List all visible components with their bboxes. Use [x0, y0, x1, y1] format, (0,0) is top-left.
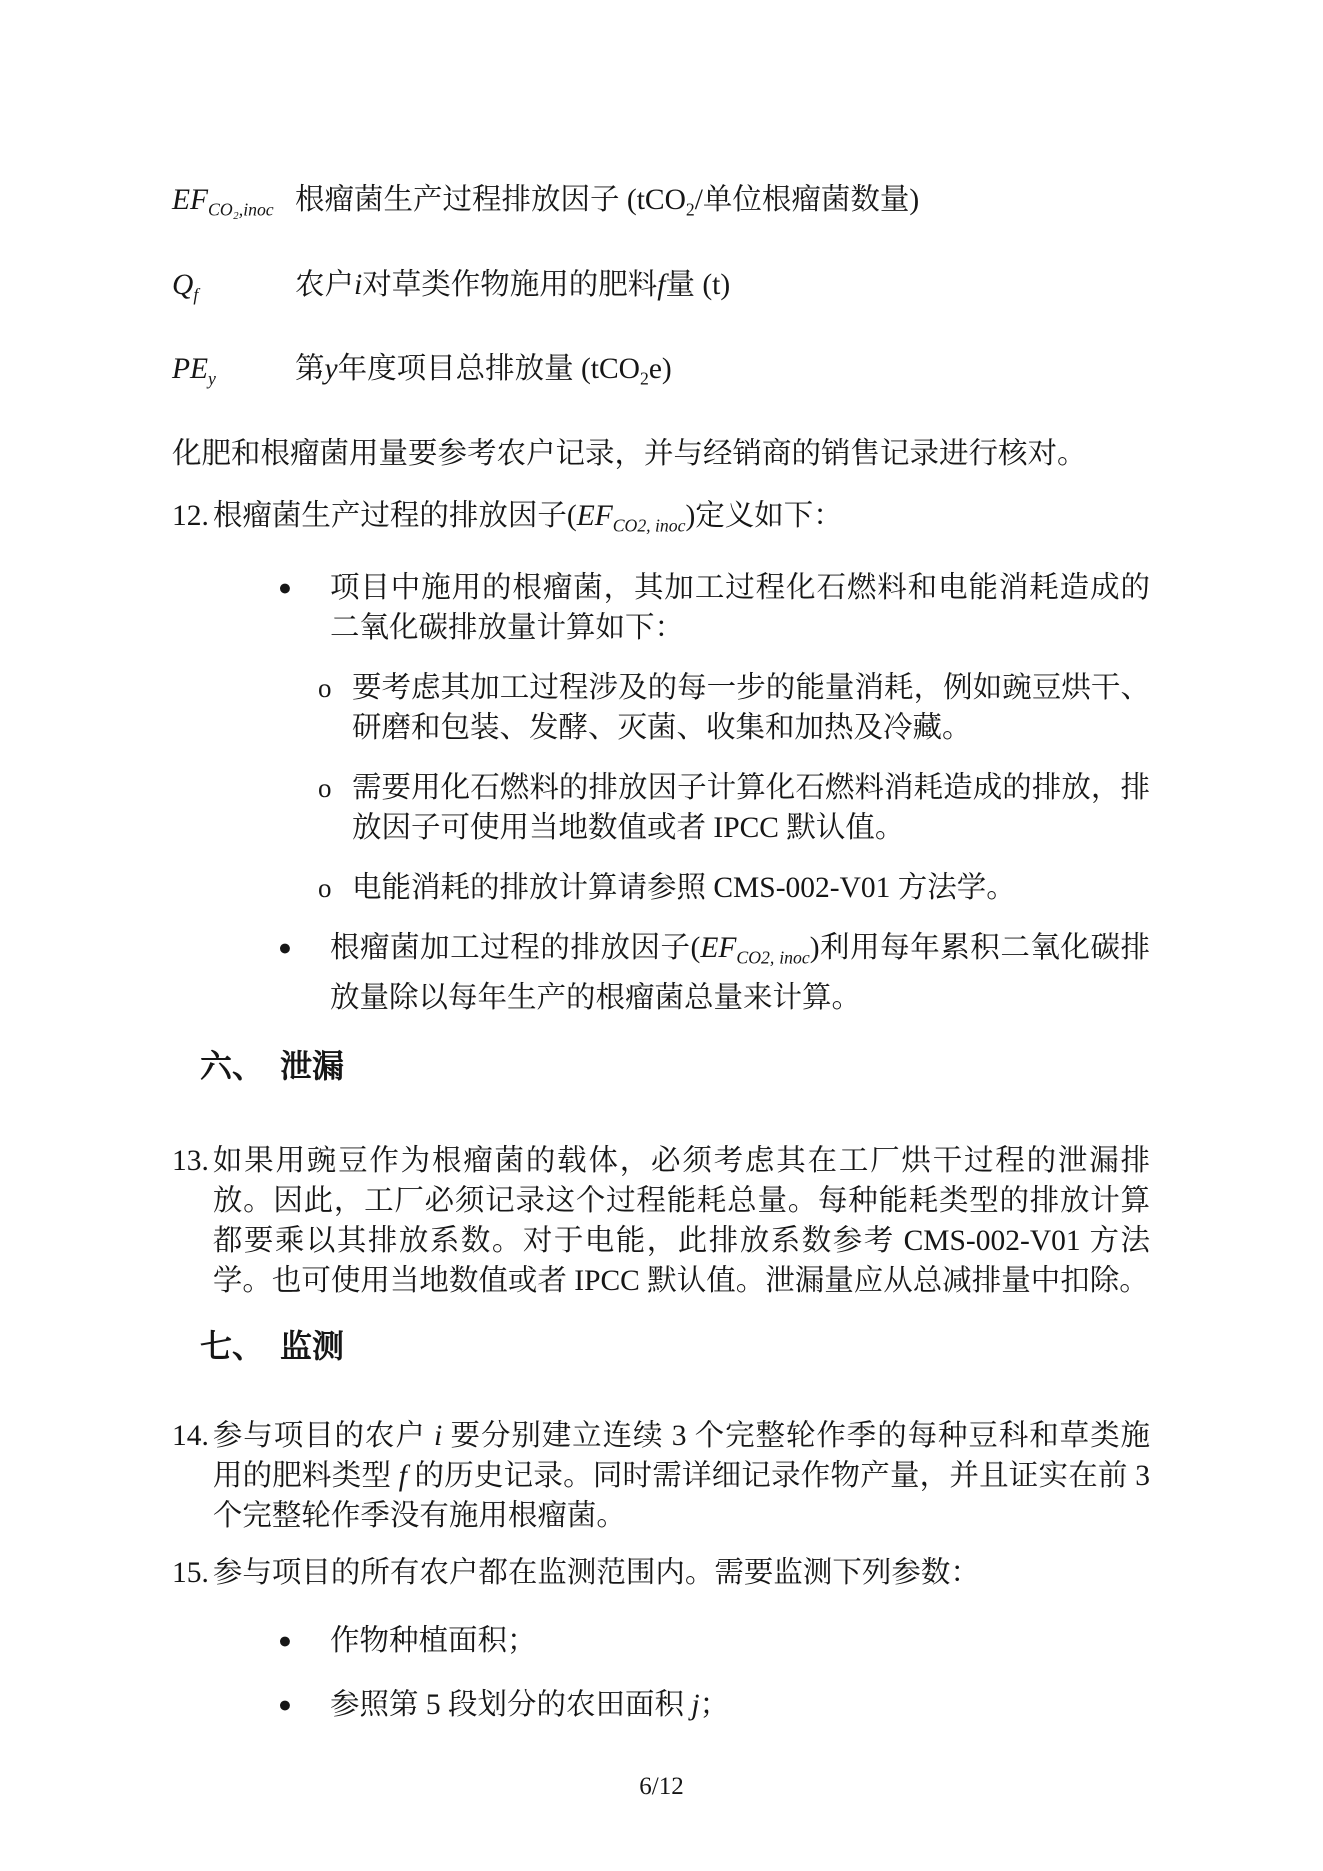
definition-term: Qf — [172, 265, 295, 315]
item-number: 12. — [172, 496, 213, 546]
bullet-text: 项目中施用的根瘤菌，其加工过程化石燃料和电能消耗造成的二氧化碳排放量计算如下： — [330, 568, 1150, 648]
page-number: 6/12 — [0, 1772, 1323, 1802]
bullet-circle-icon: o — [318, 668, 352, 748]
numbered-item-12: 12. 根瘤菌生产过程的排放因子(EFCO2, inoc)定义如下： — [172, 496, 1150, 546]
definition-row-qf: Qf 农户i对草类作物施用的肥料f量 (t) — [172, 265, 1150, 315]
bullet-item: ● 根瘤菌加工过程的排放因子(EFCO2, inoc)利用每年累积二氧化碳排放量… — [172, 928, 1150, 1018]
sub-bullet-item: o 电能消耗的排放计算请参照 CMS-002-V01 方法学。 — [172, 868, 1150, 908]
item-number: 15. — [172, 1553, 213, 1593]
bullet-text: 根瘤菌加工过程的排放因子(EFCO2, inoc)利用每年累积二氧化碳排放量除以… — [330, 928, 1150, 1018]
bullet-disc-icon: ● — [278, 928, 330, 1018]
numbered-item-13: 13. 如果用豌豆作为根瘤菌的载体，必须考虑其在工厂烘干过程的泄漏排放。因此，工… — [172, 1141, 1150, 1301]
document-page: EFCO₂,inoc 根瘤菌生产过程排放因子 (tCO2/单位根瘤菌数量) Qf… — [0, 0, 1323, 1871]
definition-desc: 第y年度项目总排放量 (tCO2e) — [295, 349, 1150, 399]
sub-bullet-text: 要考虑其加工过程涉及的每一步的能量消耗，例如豌豆烘干、研磨和包装、发酵、灭菌、收… — [352, 668, 1150, 748]
bullet-item: ● 作物种植面积； — [172, 1621, 1150, 1661]
definitions-list: EFCO₂,inoc 根瘤菌生产过程排放因子 (tCO2/单位根瘤菌数量) Qf… — [172, 180, 1150, 399]
section-title: 泄漏 — [280, 1048, 344, 1084]
numbered-item-14: 14. 参与项目的农户 i 要分别建立连续 3 个完整轮作季的每种豆科和草类施用… — [172, 1416, 1150, 1536]
bullet-text: 作物种植面积； — [330, 1621, 1150, 1661]
intro-paragraph: 化肥和根瘤菌用量要参考农户记录，并与经销商的销售记录进行核对。 — [172, 434, 1150, 474]
numbered-item-15: 15. 参与项目的所有农户都在监测范围内。需要监测下列参数： — [172, 1553, 1150, 1593]
definition-row-pey: PEy 第y年度项目总排放量 (tCO2e) — [172, 349, 1150, 399]
definition-term: PEy — [172, 349, 295, 399]
section-title: 监测 — [280, 1328, 344, 1364]
bullet-item: ● 参照第 5 段划分的农田面积 j； — [172, 1685, 1150, 1725]
item-number: 14. — [172, 1416, 213, 1536]
bullet-circle-icon: o — [318, 868, 352, 908]
item-number: 13. — [172, 1141, 213, 1301]
item-text: 如果用豌豆作为根瘤菌的载体，必须考虑其在工厂烘干过程的泄漏排放。因此，工厂必须记… — [213, 1141, 1150, 1301]
sub-bullet-item: o 需要用化石燃料的排放因子计算化石燃料消耗造成的排放，排放因子可使用当地数值或… — [172, 768, 1150, 848]
definition-term: EFCO₂,inoc — [172, 180, 295, 230]
definition-desc: 根瘤菌生产过程排放因子 (tCO2/单位根瘤菌数量) — [295, 180, 1150, 230]
item-text: 根瘤菌生产过程的排放因子(EFCO2, inoc)定义如下： — [213, 496, 1150, 546]
bullet-item: ● 项目中施用的根瘤菌，其加工过程化石燃料和电能消耗造成的二氧化碳排放量计算如下… — [172, 568, 1150, 648]
sub-bullet-text: 需要用化石燃料的排放因子计算化石燃料消耗造成的排放，排放因子可使用当地数值或者 … — [352, 768, 1150, 848]
sub-bullet-text: 电能消耗的排放计算请参照 CMS-002-V01 方法学。 — [352, 868, 1150, 908]
bullet-circle-icon: o — [318, 768, 352, 848]
section-number: 六、 — [200, 1044, 280, 1088]
bullet-disc-icon: ● — [278, 568, 330, 648]
section-heading-monitoring: 七、监测 — [172, 1324, 1150, 1368]
section-heading-leakage: 六、泄漏 — [172, 1044, 1150, 1088]
section-number: 七、 — [200, 1324, 280, 1368]
definition-desc: 农户i对草类作物施用的肥料f量 (t) — [295, 265, 1150, 315]
item-text: 参与项目的所有农户都在监测范围内。需要监测下列参数： — [213, 1553, 1150, 1593]
bullet-disc-icon: ● — [278, 1685, 330, 1725]
bullet-text: 参照第 5 段划分的农田面积 j； — [330, 1685, 1150, 1725]
item-text: 参与项目的农户 i 要分别建立连续 3 个完整轮作季的每种豆科和草类施用的肥料类… — [213, 1416, 1150, 1536]
bullet-disc-icon: ● — [278, 1621, 330, 1661]
definition-row-ef: EFCO₂,inoc 根瘤菌生产过程排放因子 (tCO2/单位根瘤菌数量) — [172, 180, 1150, 230]
sub-bullet-item: o 要考虑其加工过程涉及的每一步的能量消耗，例如豌豆烘干、研磨和包装、发酵、灭菌… — [172, 668, 1150, 748]
